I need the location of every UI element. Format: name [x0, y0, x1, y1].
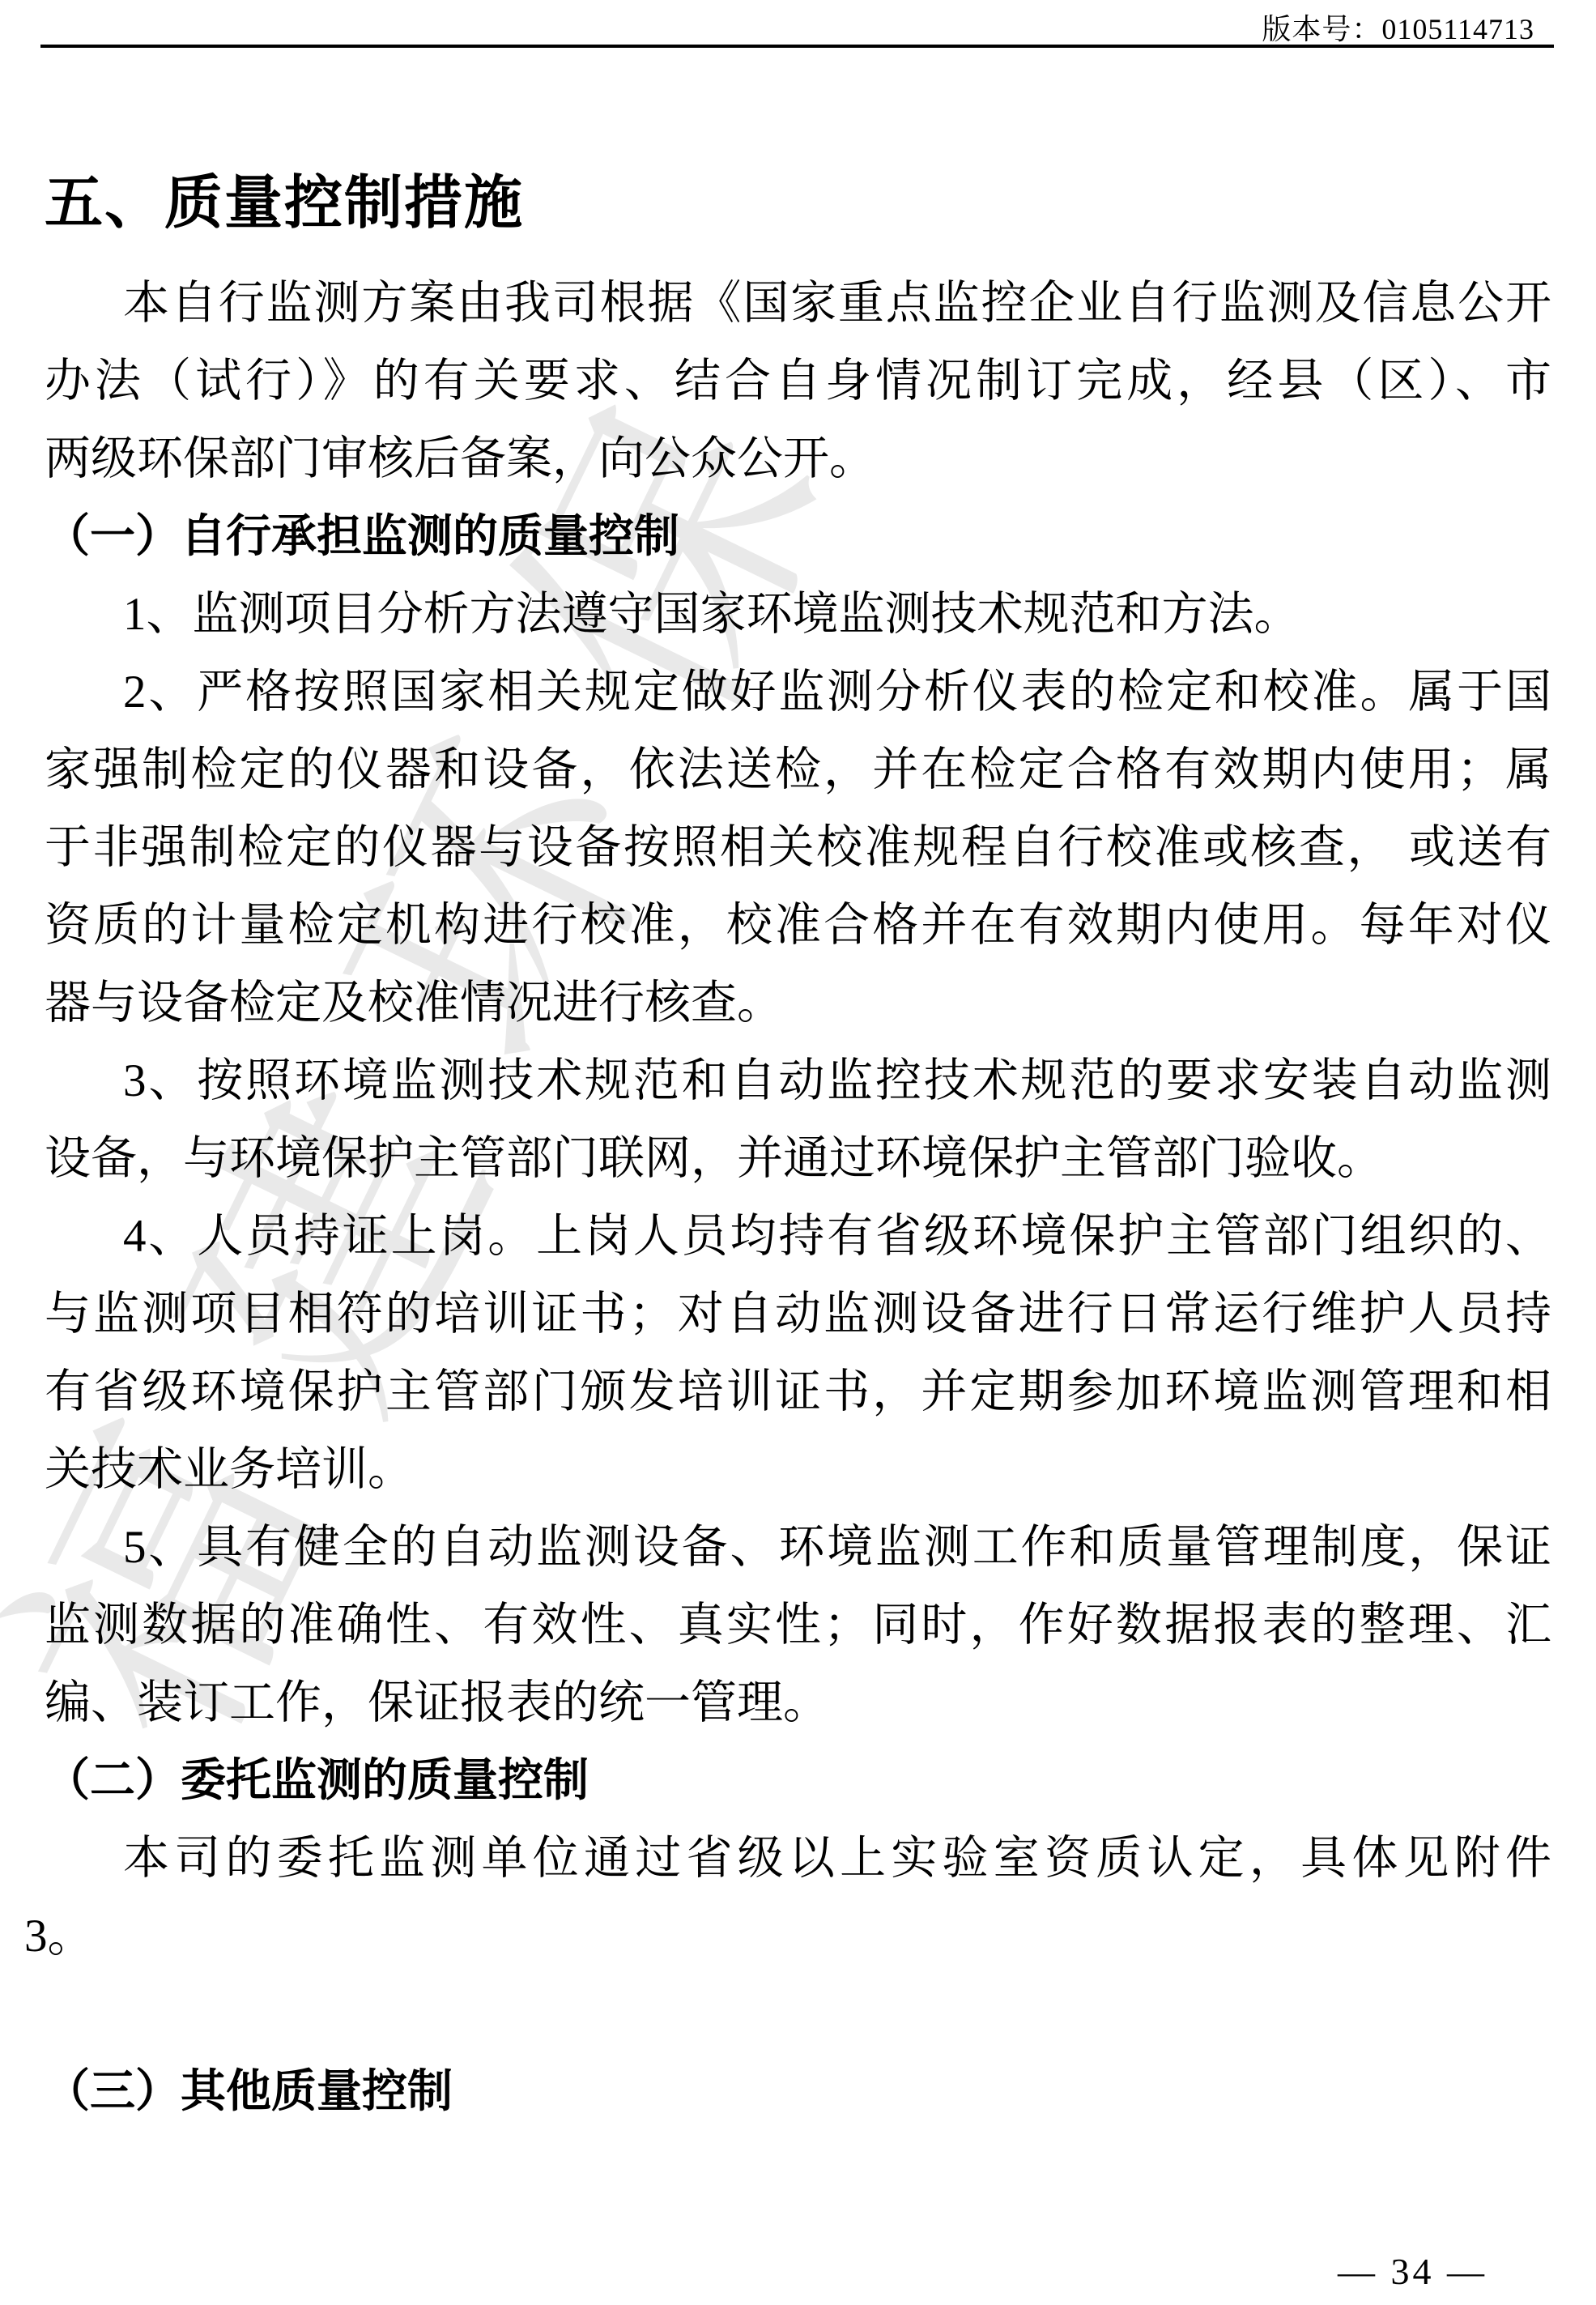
body-line: 本自行监测方案由我司根据《国家重点监控企业自行监测及信息公开	[45, 265, 1551, 343]
body-line: 于非强制检定的仪器与设备按照相关校准规程自行校准或核查， 或送有	[45, 809, 1551, 887]
body-line: 2、严格按照国家相关规定做好监测分析仪表的检定和校准。属于国	[45, 654, 1551, 731]
body-line: 1、监测项目分析方法遵守国家环境监测技术规范和方法。	[45, 576, 1551, 654]
body-line: 编、装订工作，保证报表的统一管理。	[45, 1664, 1551, 1742]
body-line: 监测数据的准确性、有效性、真实性；同时，作好数据报表的整理、汇	[45, 1587, 1551, 1664]
page-title: 五、质量控制措施	[45, 156, 524, 240]
section-heading-2: （二）委托监测的质量控制	[45, 1742, 1551, 1820]
body-line: 家强制检定的仪器和设备，依法送检，并在检定合格有效期内使用；属	[45, 731, 1551, 809]
body-line: 器与设备检定及校准情况进行核查。	[45, 965, 1551, 1042]
body-line: 3、按照环境监测技术规范和自动监控技术规范的要求安装自动监测	[45, 1042, 1551, 1120]
body-line: 办法（试行）》的有关要求、结合自身情况制订完成，经县（区）、市	[45, 343, 1551, 420]
body-line: 4、人员持证上岗。上岗人员均持有省级环境保护主管部门组织的、	[45, 1198, 1551, 1276]
body-line: 与监测项目相符的培训证书；对自动监测设备进行日常运行维护人员持	[45, 1276, 1551, 1353]
page-number: — 34 —	[1338, 2250, 1487, 2293]
body-line: 3。	[24, 1898, 1551, 1975]
body-line: 设备，与环境保护主管部门联网，并通过环境保护主管部门验收。	[45, 1120, 1551, 1198]
version-number: 版本号：0105114713	[1262, 6, 1534, 48]
body-line: 有省级环境保护主管部门颁发培训证书，并定期参加环境监测管理和相	[45, 1353, 1551, 1431]
document-body: 本自行监测方案由我司根据《国家重点监控企业自行监测及信息公开 办法（试行）》的有…	[45, 265, 1551, 2131]
body-line-spacer	[45, 1975, 1551, 2053]
body-line: 5、具有健全的自动监测设备、环境监测工作和质量管理制度，保证	[45, 1509, 1551, 1587]
body-line: 两级环保部门审核后备案，向公众公开。	[45, 420, 1551, 498]
header-rule	[40, 45, 1554, 48]
body-line: 关技术业务培训。	[45, 1431, 1551, 1509]
document-page: 版本号：0105114713 福建环保 五、质量控制措施 本自行监测方案由我司根…	[0, 0, 1596, 2305]
body-line: 本司的委托监测单位通过省级以上实验室资质认定，具体见附件	[45, 1820, 1551, 1898]
section-heading-3: （三）其他质量控制	[45, 2053, 1551, 2131]
body-line: 资质的计量检定机构进行校准，校准合格并在有效期内使用。每年对仪	[45, 887, 1551, 965]
section-heading-1: （一）自行承担监测的质量控制	[45, 498, 1551, 576]
